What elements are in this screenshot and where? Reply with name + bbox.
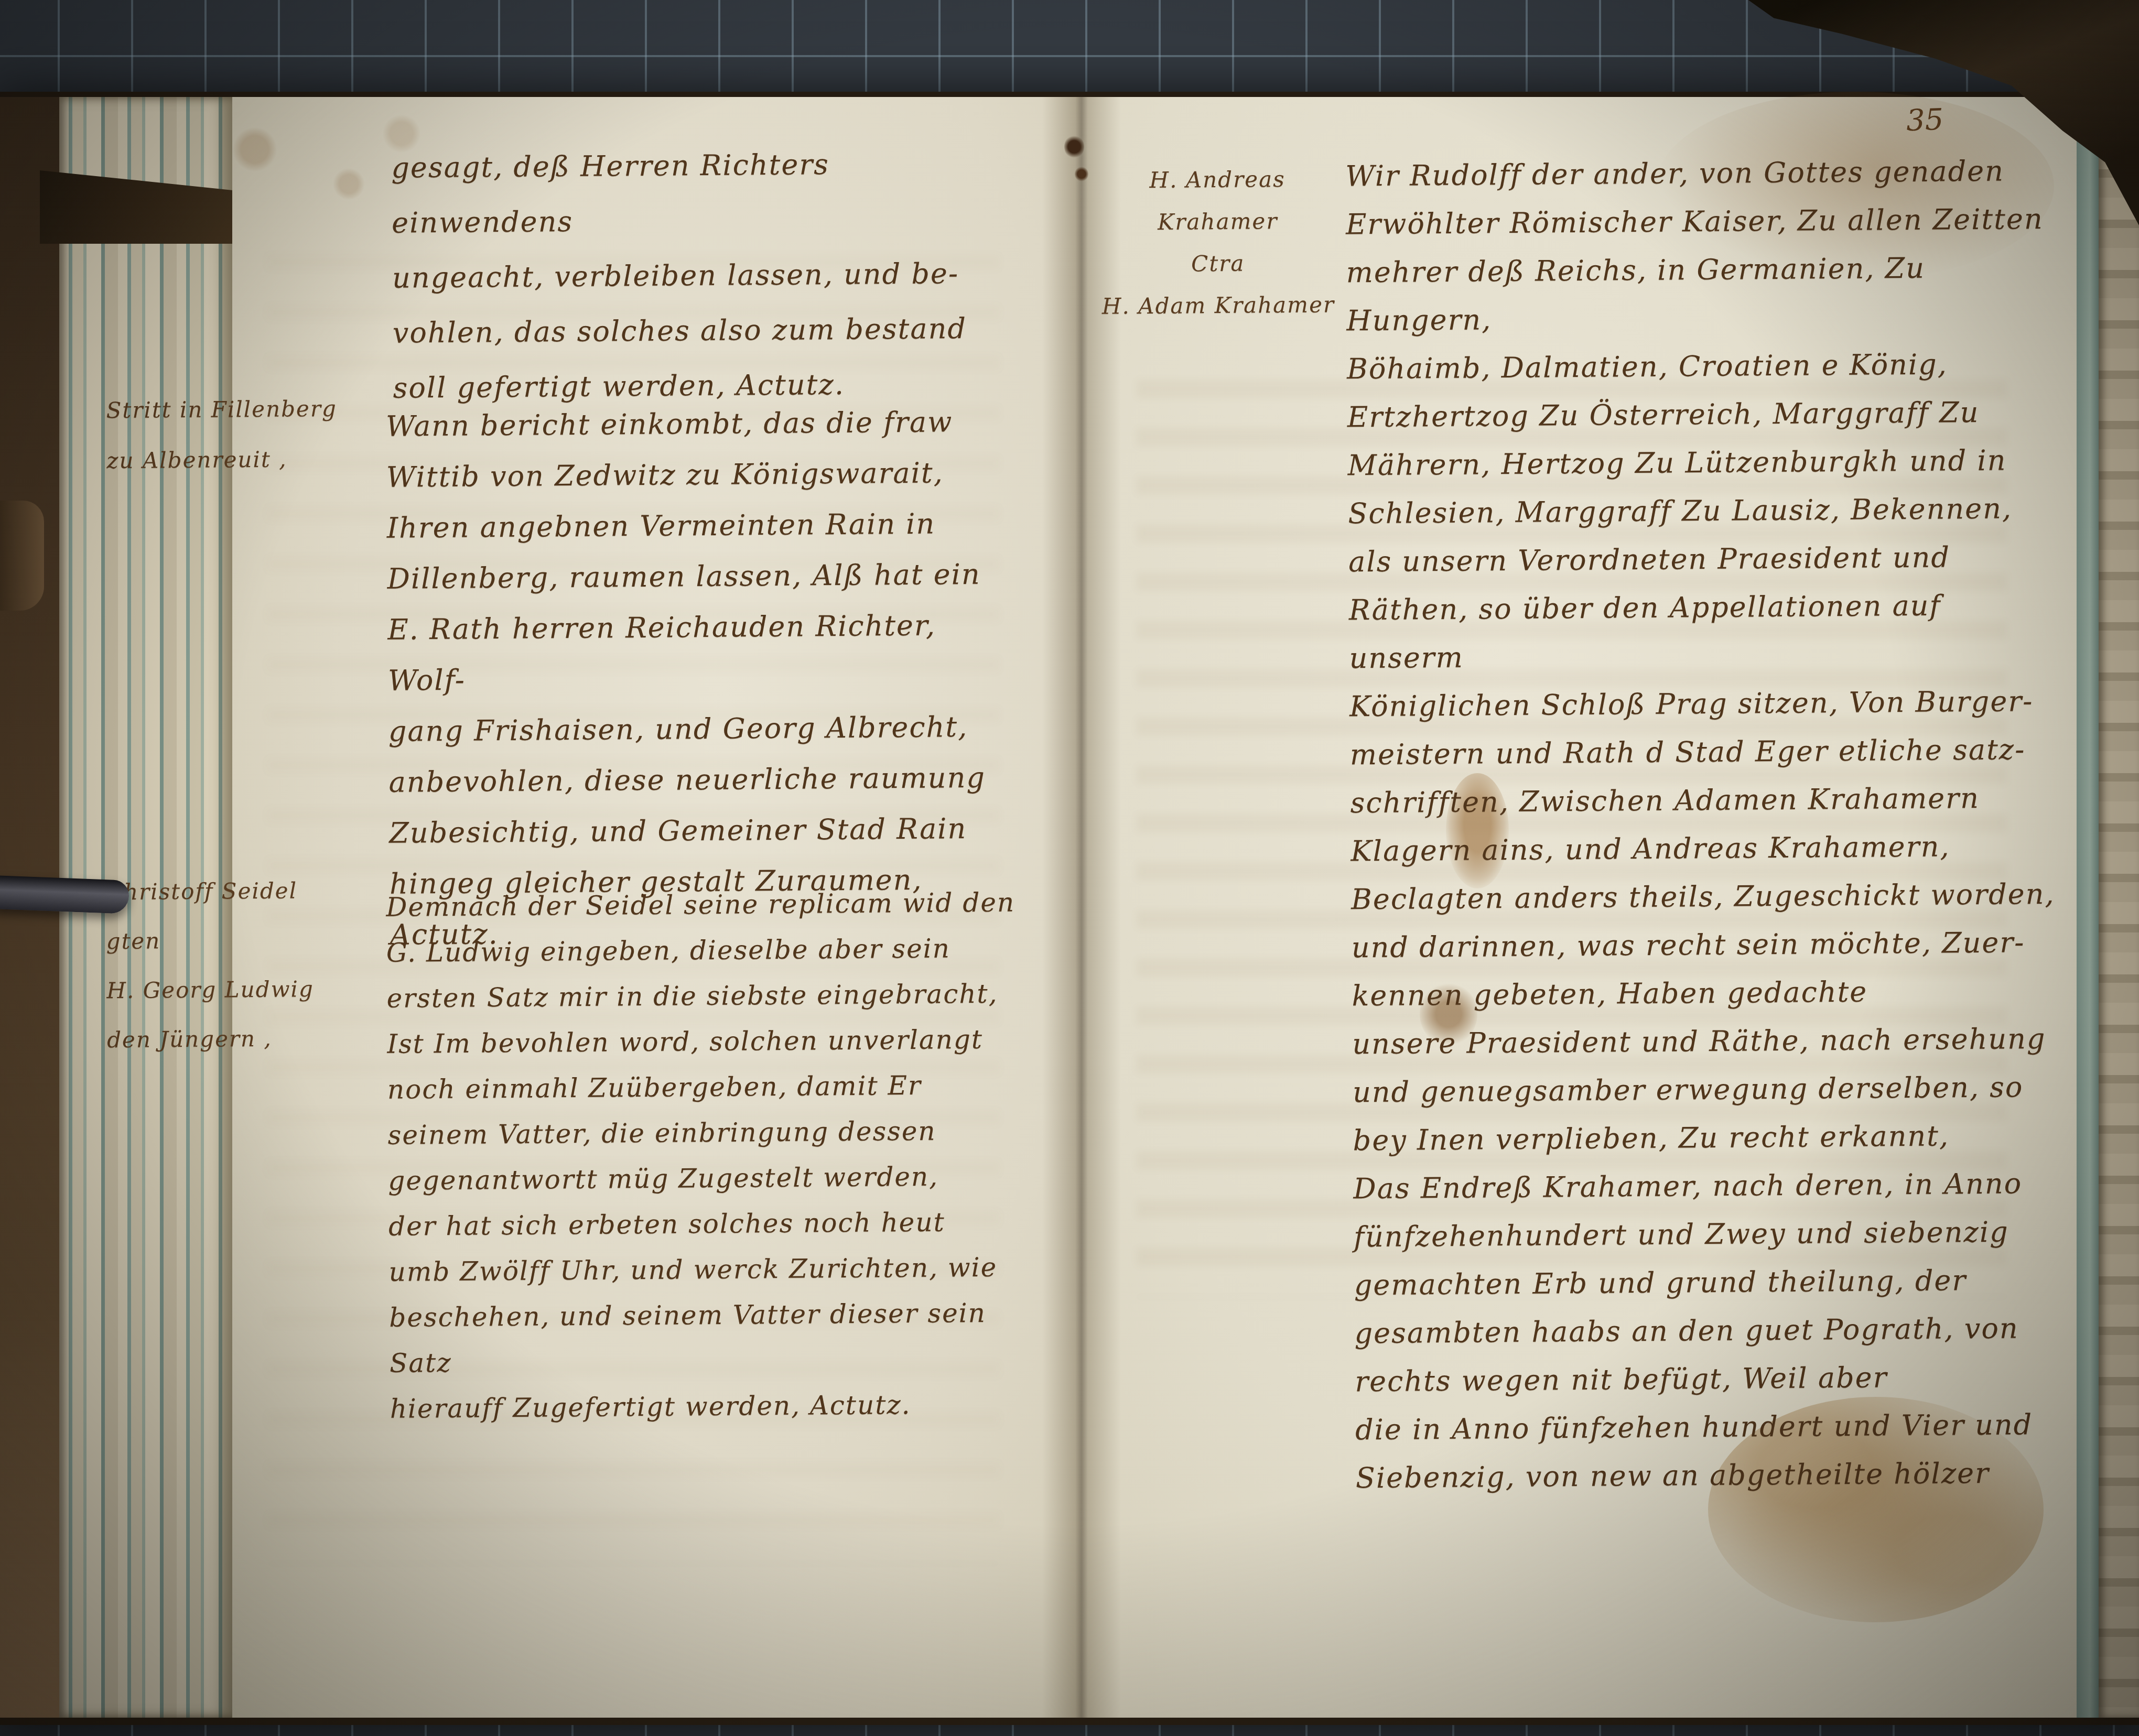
photo-vignette (0, 0, 2139, 1736)
manuscript-photo: 35 gesagt, deß Herren Richters einwenden… (0, 0, 2139, 1736)
